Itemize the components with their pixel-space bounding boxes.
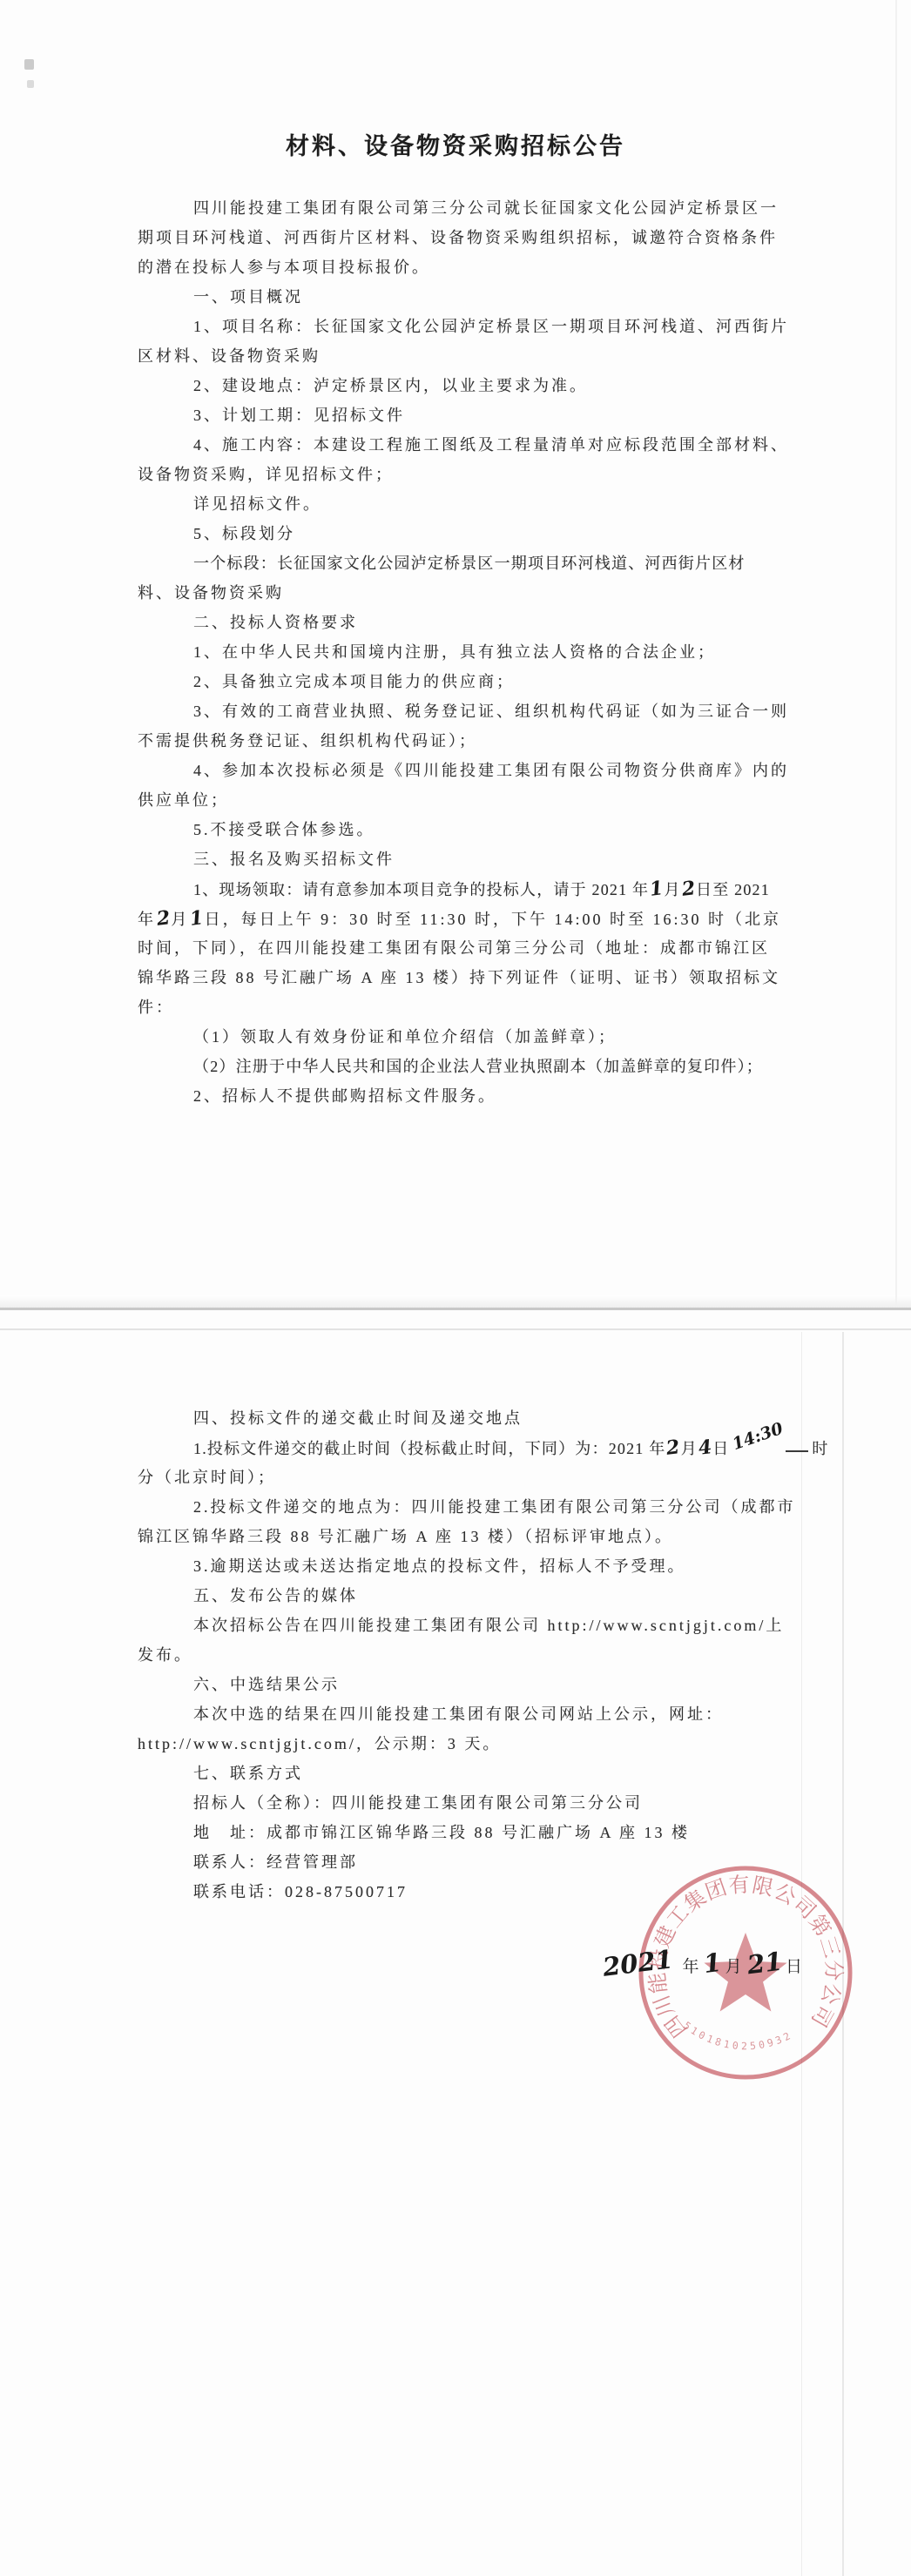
doc-line: 区材料、设备物资采购 (138, 341, 789, 371)
handwritten-digit: 4 (697, 1432, 713, 1463)
handwritten-digit: 2 (680, 873, 697, 905)
doc-line: http://www.scntjgjt.com/，公示期：3 天。 (138, 1729, 789, 1759)
doc-line: 供应单位； (138, 785, 789, 815)
doc-line: （1）领取人有效身份证和单位介绍信（加盖鲜章）； (138, 1022, 789, 1052)
doc-line: 本次招标公告在四川能投建工集团有限公司 http://www.scntjgjt.… (138, 1611, 789, 1640)
doc-line: 5、标段划分 (138, 519, 789, 548)
doc-line: （2）注册于中华人民共和国的企业法人营业执照副本（加盖鲜章的复印件）； (138, 1052, 789, 1081)
doc-line: 四、投标文件的递交截止时间及递交地点 (138, 1403, 789, 1433)
doc-line: 3、计划工期：见招标文件 (138, 400, 789, 430)
doc-line: 六、中选结果公示 (138, 1670, 789, 1699)
doc-line: 件： (138, 992, 789, 1022)
doc-line: 料、设备物资采购 (138, 578, 789, 608)
handwritten-digit: 1 (188, 903, 205, 934)
doc-line: 不需提供税务登记证、组织机构代码证）； (138, 726, 789, 756)
doc-line: 2.投标文件递交的地点为：四川能投建工集团有限公司第三分公司（成都市 (138, 1492, 789, 1522)
scanned-document: 材料、设备物资采购招标公告 四川能投建工集团有限公司第三分公司就长征国家文化公园… (0, 0, 911, 2576)
handwritten-digit: 1 (702, 1947, 723, 1979)
handwritten-digit: 21 (746, 1947, 784, 1981)
doc-line: 分（北京时间）； (138, 1463, 789, 1492)
doc-line: 1.投标文件递交的截止时间（投标截止时间，下同）为：2021 年2月4日14:3… (138, 1433, 789, 1463)
doc-line: 设备物资采购，详见招标文件； (138, 460, 789, 489)
doc-line: 三、报名及购买招标文件 (138, 844, 789, 874)
doc-line: 一、项目概况 (138, 282, 789, 312)
doc-line: 详见招标文件。 (138, 489, 789, 519)
doc-line: 五、发布公告的媒体 (138, 1581, 789, 1611)
doc-line: 锦华路三段 88 号汇融广场 A 座 13 楼）持下列证件（证明、证书）领取招标… (138, 963, 789, 992)
doc-line: 2、招标人不提供邮购招标文件服务。 (138, 1081, 789, 1111)
doc-line: 1、现场领取：请有意参加本项目竞争的投标人，请于 2021 年1月2日至 202… (138, 874, 789, 904)
doc-line: 锦江区锦华路三段 88 号汇融广场 A 座 13 楼）（招标评审地点）。 (138, 1522, 789, 1551)
doc-line: 发布。 (138, 1640, 789, 1670)
doc-line: 4、施工内容：本建设工程施工图纸及工程量清单对应标段范围全部材料、 (138, 430, 789, 460)
handwritten-digit: 2 (665, 1432, 681, 1463)
signature-date: 2021 年1月21日 (599, 1948, 804, 1978)
scan-smudge (27, 80, 34, 88)
page-title: 材料、设备物资采购招标公告 (0, 127, 911, 161)
handwritten-digit: 2 (155, 903, 172, 934)
doc-line: 联系人：经营管理部 (138, 1847, 789, 1877)
doc-line: 招标人（全称）：四川能投建工集团有限公司第三分公司 (138, 1788, 789, 1818)
scan-smudge (24, 59, 34, 70)
page-break-line (0, 1308, 911, 1310)
doc-line: 2、具备独立完成本项目能力的供应商； (138, 667, 789, 696)
doc-line: 2、建设地点：泸定桥景区内，以业主要求为准。 (138, 371, 789, 400)
doc-line: 本次中选的结果在四川能投建工集团有限公司网站上公示，网址： (138, 1699, 789, 1729)
doc-line: 地 址：成都市锦江区锦华路三段 88 号汇融广场 A 座 13 楼 (138, 1818, 789, 1847)
doc-line: 年2月1日，每日上午 9：30 时至 11:30 时，下午 14:00 时至 1… (138, 904, 789, 933)
svg-text:5101810250932: 5101810250932 (681, 2019, 795, 2052)
handwritten-blank (786, 1446, 808, 1452)
doc-line: 期项目环河栈道、河西街片区材料、设备物资采购组织招标，诚邀符合资格条件 (138, 223, 789, 252)
doc-line: 1、在中华人民共和国境内注册，具有独立法人资格的合法企业； (138, 637, 789, 667)
doc-line: 5.不接受联合体参选。 (138, 815, 789, 844)
page-break-shade (0, 1295, 911, 1308)
doc-line: 联系电话：028-87500717 (138, 1877, 789, 1907)
doc-line: 1、项目名称：长征国家文化公园泸定桥景区一期项目环河栈道、河西街片 (138, 312, 789, 341)
doc-line: 二、投标人资格要求 (138, 608, 789, 637)
doc-line: 3、有效的工商营业执照、税务登记证、组织机构代码证（如为三证合一则 (138, 696, 789, 726)
doc-line: 3.逾期送达或未送达指定地点的投标文件，招标人不予受理。 (138, 1551, 789, 1581)
doc-line: 七、联系方式 (138, 1759, 789, 1788)
doc-line: 4、参加本次投标必须是《四川能投建工集团有限公司物资分供商库》内的 (138, 756, 789, 785)
doc-line: 的潜在投标人参与本项目投标报价。 (138, 252, 789, 282)
page-break-line (0, 1328, 911, 1330)
seal-serial: 5101810250932 (681, 2019, 795, 2052)
doc-line: 时间，下同），在四川能投建工集团有限公司第三分公司（地址：成都市锦江区 (138, 933, 789, 963)
handwritten-digit: 1 (648, 873, 665, 905)
page1-body: 四川能投建工集团有限公司第三分公司就长征国家文化公园泸定桥景区一期项目环河栈道、… (138, 193, 789, 1111)
page2-body: 四、投标文件的递交截止时间及递交地点1.投标文件递交的截止时间（投标截止时间，下… (138, 1403, 789, 1907)
page-edge-line (895, 0, 897, 1306)
doc-line: 一个标段：长征国家文化公园泸定桥景区一期项目环河栈道、河西街片区材 (138, 548, 789, 578)
handwritten-digit: 2021 (601, 1944, 674, 1982)
doc-line: 四川能投建工集团有限公司第三分公司就长征国家文化公园泸定桥景区一 (138, 193, 789, 223)
